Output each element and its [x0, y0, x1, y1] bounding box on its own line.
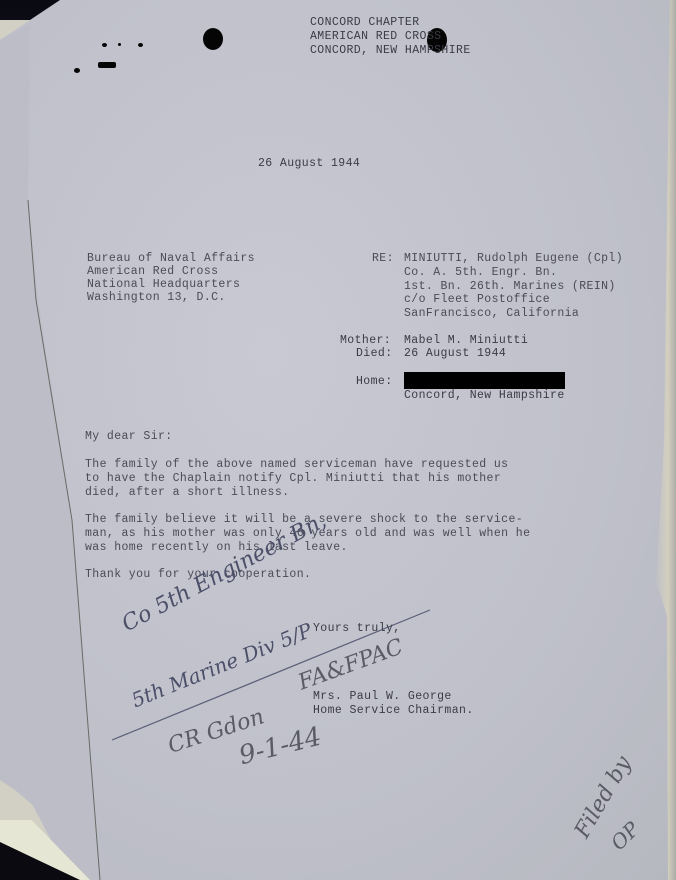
re-line-5: SanFrancisco, California	[404, 307, 579, 321]
body-p1-line-2: to have the Chaplain notify Cpl. Miniutt…	[85, 472, 501, 486]
punch-mark	[98, 62, 116, 68]
re-line-3: 1st. Bn. 26th. Marines (REIN)	[404, 280, 616, 294]
re-line-4: c/o Fleet Postoffice	[404, 293, 550, 307]
mother-value: Mabel M. Miniutti	[404, 334, 528, 348]
re-line-1: MINIUTTI, Rudolph Eugene (Cpl)	[404, 252, 623, 266]
home-label: Home:	[356, 375, 393, 389]
recipient-line-1: Bureau of Naval Affairs	[87, 252, 255, 266]
mother-label: Mother:	[340, 334, 391, 348]
recipient-line-4: Washington 13, D.C.	[87, 291, 226, 305]
home-city: Concord, New Hampshire	[404, 389, 565, 403]
letterhead-line-1: CONCORD CHAPTER	[310, 16, 420, 30]
salutation: My dear Sir:	[85, 430, 173, 444]
punch-mark	[102, 43, 107, 47]
punch-hole	[203, 28, 223, 50]
re-line-2: Co. A. 5th. Engr. Bn.	[404, 266, 557, 280]
letterhead-line-2: AMERICAN RED CROSS	[310, 30, 441, 44]
re-label: RE:	[372, 252, 394, 266]
recipient-line-3: National Headquarters	[87, 278, 240, 292]
died-label: Died:	[356, 347, 393, 361]
punch-mark	[118, 43, 121, 46]
letterhead-line-3: CONCORD, NEW HAMPSHIRE	[310, 44, 471, 58]
closing: Yours truly,	[313, 622, 401, 636]
body-p2-line-3: was home recently on his last leave.	[85, 541, 348, 555]
letter-date: 26 August 1944	[258, 157, 360, 171]
body-p1-line-1: The family of the above named serviceman…	[85, 458, 508, 472]
punch-mark	[74, 68, 80, 73]
punch-mark	[138, 43, 143, 47]
recipient-line-2: American Red Cross	[87, 265, 218, 279]
body-p1-line-3: died, after a short illness.	[85, 486, 289, 500]
redaction-bar	[404, 372, 565, 389]
signature-title: Home Service Chairman.	[313, 704, 474, 718]
died-value: 26 August 1944	[404, 347, 506, 361]
signature-name: Mrs. Paul W. George	[313, 690, 452, 704]
